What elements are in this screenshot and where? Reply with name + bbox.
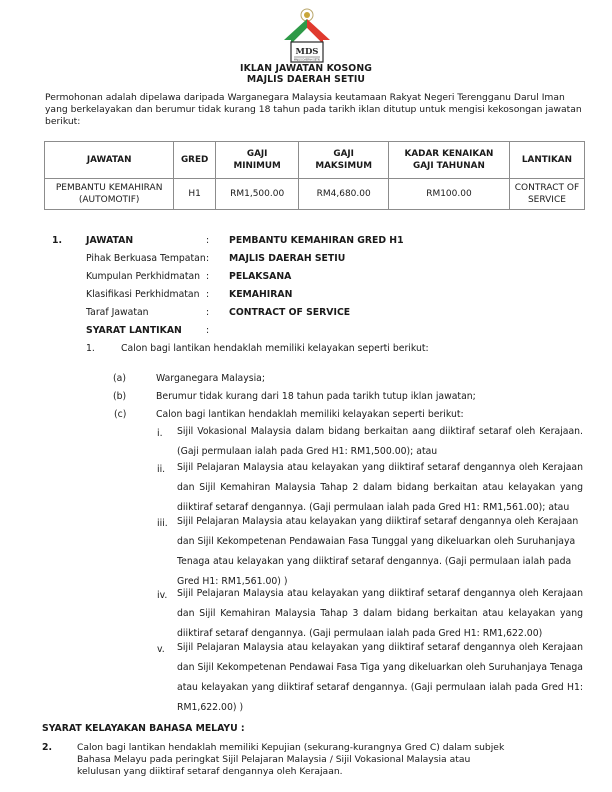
field-sep: : (206, 307, 209, 318)
subitem-text-iii: Sijil Pelajaran Malaysia atau kelayakan … (177, 512, 583, 592)
house-logo-icon: MDS MAJLIS DAERAH SETIU (278, 6, 336, 64)
field-sep: : (206, 325, 209, 336)
item-marker-a: (a) (113, 373, 126, 384)
cell-gred: H1 (174, 179, 216, 210)
subitem-text-v: Sijil Pelajaran Malaysia atau kelayakan … (177, 638, 583, 718)
cell-jawatan: PEMBANTU KEMAHIRAN(AUTOMOTIF) (45, 179, 174, 210)
field-label-pihak-berkuasa: Pihak Berkuasa Tempatan (86, 253, 206, 264)
subitem-marker-i: i. (157, 428, 163, 439)
table-header-row: JAWATAN GRED GAJIMINIMUM GAJIMAKSIMUM KA… (45, 142, 585, 179)
requirement-number: 1. (86, 343, 95, 354)
header-jawatan: JAWATAN (45, 142, 174, 179)
field-label-syarat: SYARAT LANTIKAN (86, 325, 182, 336)
field-value-klasifikasi: KEMAHIRAN (229, 289, 292, 300)
item-text-a: Warganegara Malaysia; (156, 373, 265, 384)
cell-gaji-minimum: RM1,500.00 (215, 179, 298, 210)
field-sep: : (206, 253, 209, 264)
subitem-text-ii: Sijil Pelajaran Malaysia atau kelayakan … (177, 458, 583, 518)
subitem-marker-ii: ii. (157, 464, 165, 475)
field-sep: : (206, 289, 209, 300)
section-1-number: 1. (52, 235, 62, 246)
field-label-kumpulan: Kumpulan Perkhidmatan (86, 271, 200, 282)
subitem-text-iv: Sijil Pelajaran Malaysia atau kelayakan … (177, 584, 583, 644)
header-kadar-kenaikan: KADAR KENAIKANGAJI TAHUNAN (388, 142, 509, 179)
vacancy-table: JAWATAN GRED GAJIMINIMUM GAJIMAKSIMUM KA… (44, 141, 585, 210)
section-bm-text: Calon bagi lantikan hendaklah memiliki K… (77, 742, 507, 778)
intro-paragraph: Permohonan adalah dipelawa daripada Warg… (45, 92, 585, 128)
mds-logo: MDS MAJLIS DAERAH SETIU (278, 6, 336, 64)
page-title: IKLAN JAWATAN KOSONG (0, 63, 612, 74)
field-value-jawatan: PEMBANTU KEMAHIRAN GRED H1 (229, 235, 404, 246)
item-text-c: Calon bagi lantikan hendaklah memiliki k… (156, 409, 464, 420)
item-text-b: Berumur tidak kurang dari 18 tahun pada … (156, 391, 476, 402)
header-lantikan: LANTIKAN (509, 142, 584, 179)
subitem-marker-iii: iii. (157, 518, 168, 529)
cell-gaji-maksimum: RM4,680.00 (299, 179, 389, 210)
field-sep: : (206, 235, 209, 246)
svg-text:MAJLIS DAERAH SETIU: MAJLIS DAERAH SETIU (294, 59, 321, 62)
table-row: PEMBANTU KEMAHIRAN(AUTOMOTIF) H1 RM1,500… (45, 179, 585, 210)
field-value-pihak-berkuasa: MAJLIS DAERAH SETIU (229, 253, 345, 264)
page-subtitle: MAJLIS DAERAH SETIU (0, 74, 612, 85)
svg-text:MDS: MDS (296, 47, 319, 57)
requirement-text: Calon bagi lantikan hendaklah memiliki k… (121, 343, 429, 354)
field-value-kumpulan: PELAKSANA (229, 271, 291, 282)
subitem-text-i: Sijil Vokasional Malaysia dalam bidang b… (177, 422, 583, 462)
header-gred: GRED (174, 142, 216, 179)
cell-kadar-kenaikan: RM100.00 (388, 179, 509, 210)
item-marker-c: (c) (114, 409, 126, 420)
field-value-taraf: CONTRACT OF SERVICE (229, 307, 350, 318)
field-label-klasifikasi: Klasifikasi Perkhidmatan (86, 289, 200, 300)
section-bm-number: 2. (42, 742, 52, 753)
cell-lantikan: CONTRACT OFSERVICE (509, 179, 584, 210)
subitem-marker-iv: iv. (157, 590, 167, 601)
field-label-jawatan: JAWATAN (86, 235, 133, 246)
section-bm-heading: SYARAT KELAYAKAN BAHASA MELAYU : (42, 723, 245, 734)
field-sep: : (206, 271, 209, 282)
field-label-taraf: Taraf Jawatan (86, 307, 149, 318)
header-gaji-maksimum: GAJIMAKSIMUM (299, 142, 389, 179)
subitem-marker-v: v. (157, 644, 165, 655)
header-gaji-minimum: GAJIMINIMUM (215, 142, 298, 179)
item-marker-b: (b) (113, 391, 126, 402)
